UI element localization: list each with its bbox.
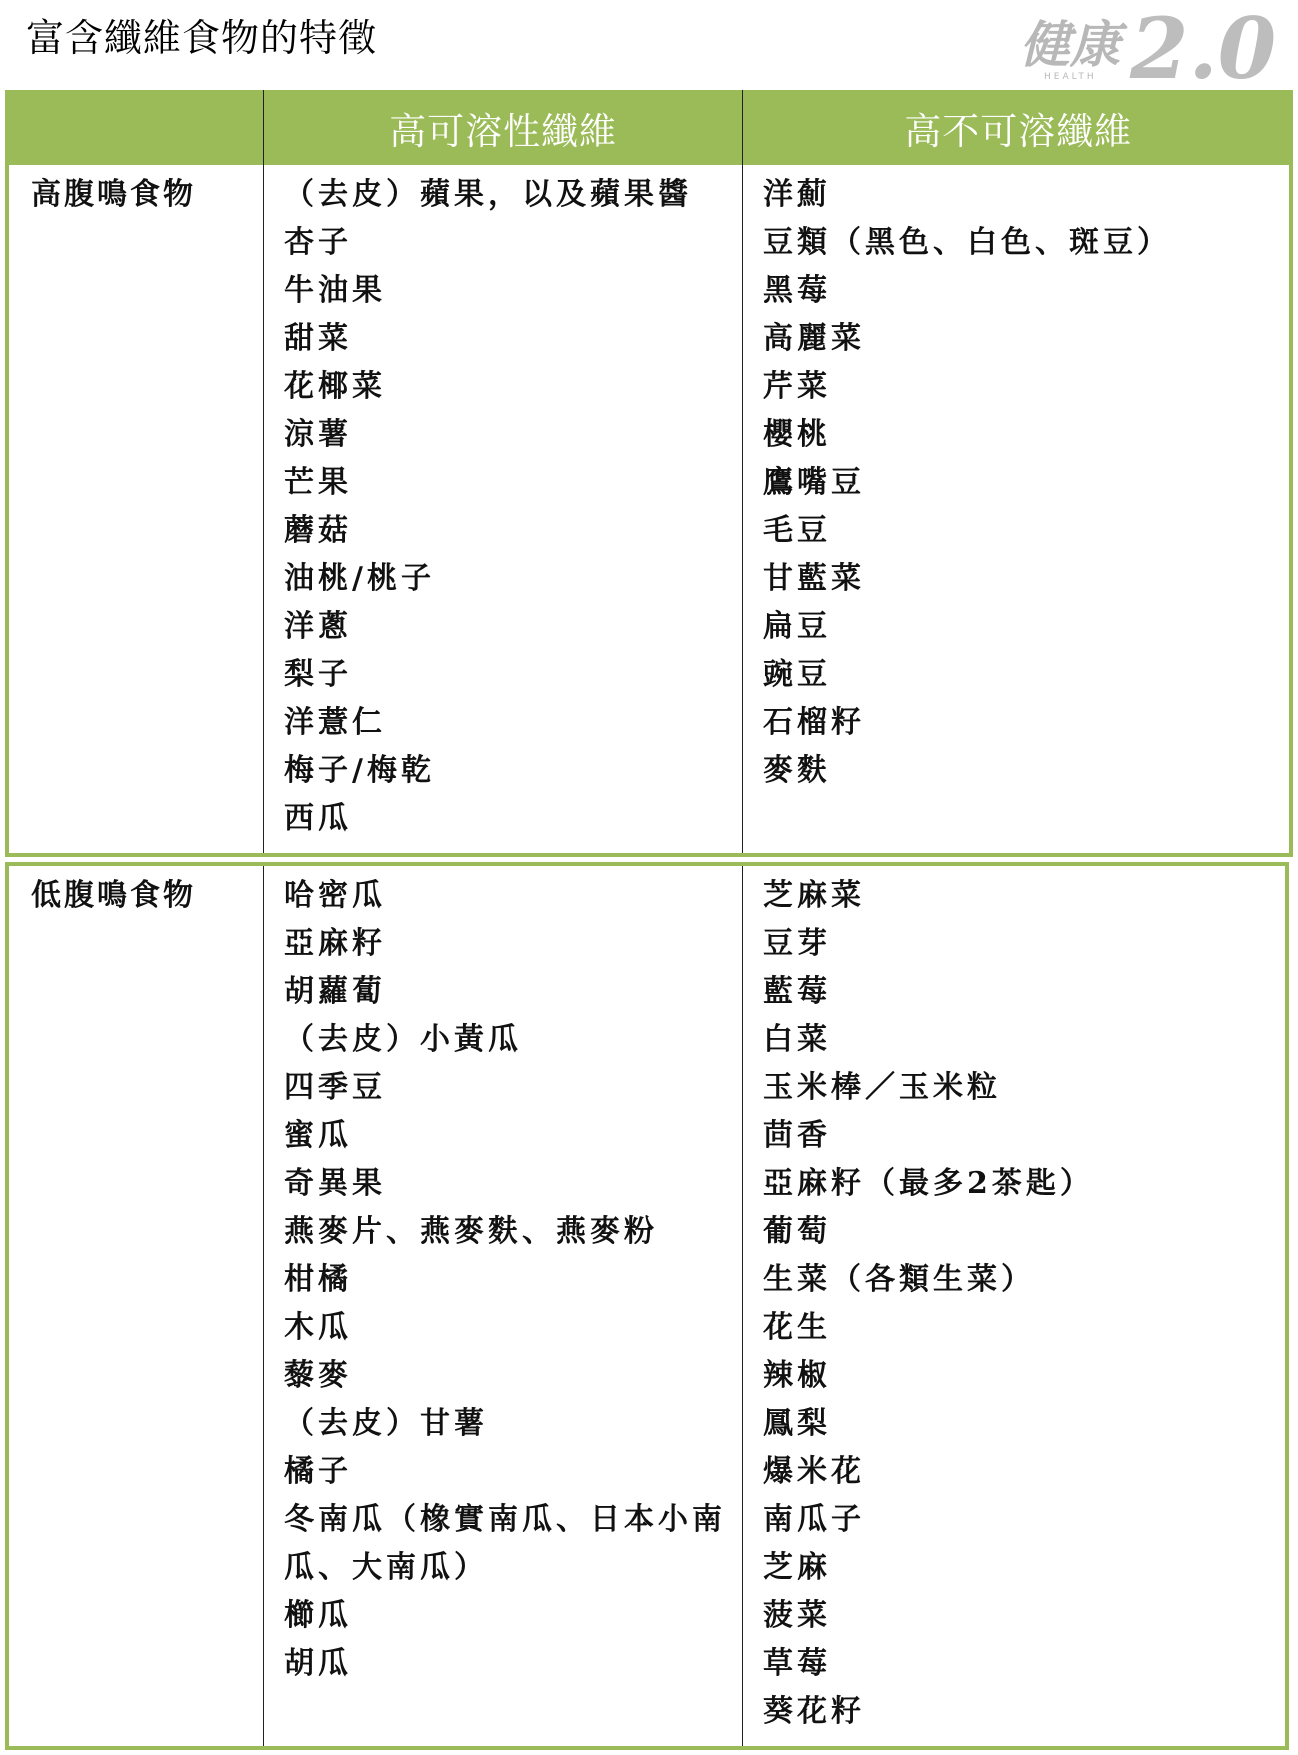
list-item: 麥麩 — [763, 747, 1289, 795]
soluble-list-high-gas: （去皮）蘋果，以及蘋果醬 杏子 牛油果 甜菜 花椰菜 涼薯 芒果 蘑菇 油桃/桃… — [284, 171, 742, 843]
list-item: 奇異果 — [284, 1160, 742, 1208]
list-item: 豆類（黑色、白色、斑豆） — [763, 219, 1289, 267]
list-item: 玉米棒／玉米粒 — [763, 1064, 1285, 1112]
list-item: 鷹嘴豆 — [763, 459, 1289, 507]
logo-text-cn: 健康 — [1020, 16, 1128, 74]
list-item: 四季豆 — [284, 1064, 742, 1112]
list-item: 豌豆 — [763, 651, 1289, 699]
list-item: 油桃/桃子 — [284, 555, 742, 603]
section-high-gas: 高腹鳴食物 （去皮）蘋果，以及蘋果醬 杏子 牛油果 甜菜 花椰菜 涼薯 芒果 蘑… — [5, 165, 1293, 857]
list-item: 辣椒 — [763, 1352, 1285, 1400]
list-item: 甘藍菜 — [763, 555, 1289, 603]
list-item: 豆芽 — [763, 920, 1285, 968]
insoluble-list-low-gas: 芝麻菜 豆芽 藍莓 白菜 玉米棒／玉米粒 茴香 亞麻籽（最多2茶匙） 葡萄 生菜… — [763, 872, 1285, 1736]
page-title: 富含纖維食物的特徵 — [26, 10, 377, 66]
list-item: 洋薏仁 — [284, 699, 742, 747]
list-item: 蘑菇 — [284, 507, 742, 555]
list-item: 櫛瓜 — [284, 1592, 742, 1640]
logo-text-num: 2.0 — [1129, 4, 1276, 86]
list-item: 扁豆 — [763, 603, 1289, 651]
list-item: （去皮）小黃瓜 — [284, 1016, 742, 1064]
insoluble-cell-high-gas: 洋薊 豆類（黑色、白色、斑豆） 黑莓 高麗菜 芹菜 櫻桃 鷹嘴豆 毛豆 甘藍菜 … — [742, 165, 1289, 853]
list-item: 白菜 — [763, 1016, 1285, 1064]
list-item: 亞麻籽 — [284, 920, 742, 968]
row-label-cell: 低腹鳴食物 — [9, 866, 263, 1746]
list-item: 梅子/梅乾 — [284, 747, 742, 795]
list-item: 菠菜 — [763, 1592, 1285, 1640]
soluble-cell-low-gas: 哈密瓜 亞麻籽 胡蘿蔔 （去皮）小黃瓜 四季豆 蜜瓜 奇異果 燕麥片、燕麥麩、燕… — [263, 866, 742, 1746]
list-item: 生菜（各類生菜） — [763, 1256, 1285, 1304]
list-item: 燕麥片、燕麥麩、燕麥粉 — [284, 1208, 742, 1256]
list-item: 木瓜 — [284, 1304, 742, 1352]
list-item: 柑橘 — [284, 1256, 742, 1304]
row-label-high-gas: 高腹鳴食物 — [31, 171, 263, 219]
list-item: 牛油果 — [284, 267, 742, 315]
list-item: 梨子 — [284, 651, 742, 699]
list-item: 胡蘿蔔 — [284, 968, 742, 1016]
header-cell-soluble: 高可溶性纖維 — [263, 90, 743, 165]
list-item: 藜麥 — [284, 1352, 742, 1400]
list-item: 哈密瓜 — [284, 872, 742, 920]
list-item: 洋蔥 — [284, 603, 742, 651]
list-item: 芹菜 — [763, 363, 1289, 411]
fiber-food-table: 高可溶性纖維 高不可溶纖維 高腹鳴食物 （去皮）蘋果，以及蘋果醬 杏子 牛油果 … — [5, 90, 1293, 1750]
row-label-low-gas: 低腹鳴食物 — [31, 872, 263, 920]
health-2-0-logo: 健康 HEALTH 2.0 — [1020, 4, 1292, 86]
list-item: 草莓 — [763, 1640, 1285, 1688]
list-item: 杏子 — [284, 219, 742, 267]
list-item: 茴香 — [763, 1112, 1285, 1160]
logo-text-en: HEALTH — [1044, 72, 1097, 82]
list-item: 石榴籽 — [763, 699, 1289, 747]
list-item: 南瓜子 — [763, 1496, 1285, 1544]
header-cell-insoluble: 高不可溶纖維 — [742, 90, 1293, 165]
list-item: 冬南瓜（橡實南瓜、日本小南瓜、大南瓜） — [284, 1496, 742, 1592]
list-item: 橘子 — [284, 1448, 742, 1496]
list-item: 芝麻 — [763, 1544, 1285, 1592]
list-item: 高麗菜 — [763, 315, 1289, 363]
list-item: 洋薊 — [763, 171, 1289, 219]
list-item: 藍莓 — [763, 968, 1285, 1016]
list-item: 毛豆 — [763, 507, 1289, 555]
list-item: 爆米花 — [763, 1448, 1285, 1496]
list-item: 葡萄 — [763, 1208, 1285, 1256]
list-item: （去皮）甘薯 — [284, 1400, 742, 1448]
insoluble-cell-low-gas: 芝麻菜 豆芽 藍莓 白菜 玉米棒／玉米粒 茴香 亞麻籽（最多2茶匙） 葡萄 生菜… — [742, 866, 1285, 1746]
row-label-cell: 高腹鳴食物 — [9, 165, 263, 853]
list-item: 櫻桃 — [763, 411, 1289, 459]
list-item: 芝麻菜 — [763, 872, 1285, 920]
soluble-list-low-gas: 哈密瓜 亞麻籽 胡蘿蔔 （去皮）小黃瓜 四季豆 蜜瓜 奇異果 燕麥片、燕麥麩、燕… — [284, 872, 742, 1688]
list-item: 芒果 — [284, 459, 742, 507]
list-item: 胡瓜 — [284, 1640, 742, 1688]
logo-icon: 健康 HEALTH 2.0 — [1020, 4, 1292, 86]
table-header-row: 高可溶性纖維 高不可溶纖維 — [5, 90, 1293, 165]
list-item: 甜菜 — [284, 315, 742, 363]
list-item: 西瓜 — [284, 795, 742, 843]
list-item: 黑莓 — [763, 267, 1289, 315]
list-item: 蜜瓜 — [284, 1112, 742, 1160]
soluble-cell-high-gas: （去皮）蘋果，以及蘋果醬 杏子 牛油果 甜菜 花椰菜 涼薯 芒果 蘑菇 油桃/桃… — [263, 165, 742, 853]
list-item: （去皮）蘋果，以及蘋果醬 — [284, 171, 742, 219]
list-item: 亞麻籽（最多2茶匙） — [763, 1160, 1285, 1208]
list-item: 鳳梨 — [763, 1400, 1285, 1448]
insoluble-list-high-gas: 洋薊 豆類（黑色、白色、斑豆） 黑莓 高麗菜 芹菜 櫻桃 鷹嘴豆 毛豆 甘藍菜 … — [763, 171, 1289, 795]
section-low-gas: 低腹鳴食物 哈密瓜 亞麻籽 胡蘿蔔 （去皮）小黃瓜 四季豆 蜜瓜 奇異果 燕麥片… — [5, 862, 1289, 1750]
list-item: 花生 — [763, 1304, 1285, 1352]
list-item: 涼薯 — [284, 411, 742, 459]
list-item: 葵花籽 — [763, 1688, 1285, 1736]
header-cell-empty — [5, 90, 263, 165]
list-item: 花椰菜 — [284, 363, 742, 411]
